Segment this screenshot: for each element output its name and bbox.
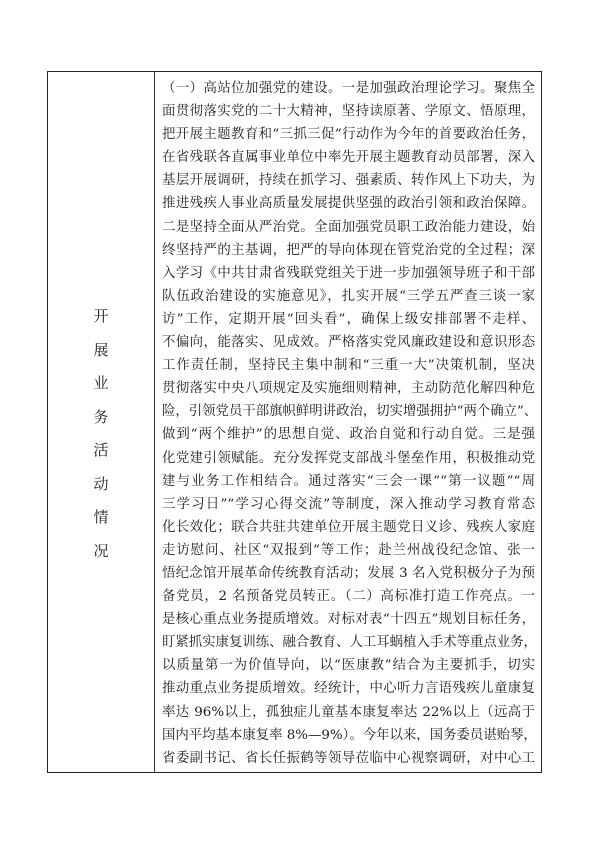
content-line: 走访慰问、社区“双报到”等工作；赴兰州战役纪念馆、张一 xyxy=(162,539,535,562)
content-line: 终坚持严的主基调，把严的导向体现在管党治党的全过程；深 xyxy=(162,239,535,262)
content-line: 二是坚持全面从严治党。全面加强党员职工政治能力建设，始 xyxy=(162,216,535,239)
content-line: 建与业务工作相结合。通过落实“三会一课”“第一议题”“周 xyxy=(162,470,535,493)
content-line: 队伍政治建设的实施意见》，扎实开展“三学五严查三谈一家 xyxy=(162,285,535,308)
content-line: 贯彻落实中央八项规定及实施细则精神，主动防范化解四种危 xyxy=(162,377,535,400)
content-line: 以质量第一为价值导向，以“医康教”结合为主要抓手，切实 xyxy=(162,654,535,677)
content-line: 做到“两个维护”的思想自觉、政治自觉和行动自觉。三是强 xyxy=(162,423,535,446)
content-line: 悟纪念馆开展革命传统教育活动；发展 3 名入党积极分子为预 xyxy=(162,562,535,585)
content-line: 工作责任制，坚持民主集中制和“三重一大”决策机制，坚决 xyxy=(162,354,535,377)
activity-table: 开 展 业 务 活 动 情 况 （一）高站位加强党的建设。一是加强政治理论学习。… xyxy=(47,71,542,773)
content-line: 化长效化；联合共驻共建单位开展主题党日义诊、残疾人家庭 xyxy=(162,516,535,539)
content-line: （一）高站位加强党的建设。一是加强政治理论学习。聚焦全 xyxy=(162,77,535,100)
content-line: 化党建引领赋能。充分发挥党支部战斗堡垒作用，积极推动党 xyxy=(162,447,535,470)
content-line: 在省残联各直属事业单位中率先开展主题教育动员部署，深入 xyxy=(162,146,535,169)
content-line: 省委副书记、省长任振鹤等领导莅临中心视察调研，对中心工 xyxy=(162,747,535,770)
content-line: 访”工作，定期开展“回头看”，确保上级安排部署不走样、 xyxy=(162,308,535,331)
label-char: 业 xyxy=(93,367,108,401)
content-line: 不偏向，能落实、见成效。严格落实党风廉政建设和意识形态 xyxy=(162,331,535,354)
content-line: 三学习日”“学习心得交流”等制度，深入推动学习教育常态 xyxy=(162,493,535,516)
content-line: 险，引领党员干部旗帜鲜明讲政治，切实增强拥护“两个确立”、 xyxy=(162,400,535,423)
content-cell: （一）高站位加强党的建设。一是加强政治理论学习。聚焦全 面贯彻落实党的二十大精神… xyxy=(155,72,541,772)
content-line: 备党员，2 名预备党员转正。（二）高标准打造工作亮点。一 xyxy=(162,585,535,608)
label-char: 情 xyxy=(93,501,108,535)
label-char: 活 xyxy=(93,434,108,468)
content-line: 国内平均基本康复率 8%—9%）。今年以来，国务委员谌贻琴， xyxy=(162,724,535,747)
content-line: 率达 96%以上，孤独症儿童基本康复率达 22%以上（远高于 xyxy=(162,701,535,724)
content-line: 推动重点业务提质增效。经统计，中心听力言语残疾儿童康复 xyxy=(162,677,535,700)
content-line: 基层开展调研，持续在抓学习、强素质、转作风上下功夫，为 xyxy=(162,169,535,192)
content-line: 入学习《中共甘肃省残联党组关于进一步加强领导班子和干部 xyxy=(162,262,535,285)
content-line: 面贯彻落实党的二十大精神，坚持读原著、学原文、悟原理， xyxy=(162,100,535,123)
content-line: 推进残疾人事业高质量发展提供坚强的政治引领和政治保障。 xyxy=(162,192,535,215)
content-line: 是核心重点业务提质增效。对标对表“十四五”规划目标任务， xyxy=(162,608,535,631)
label-char: 况 xyxy=(93,535,108,569)
label-char: 开 xyxy=(93,300,108,334)
label-char: 务 xyxy=(93,401,108,435)
label-char: 动 xyxy=(93,468,108,502)
content-line: 作成效给予充分肯定并寄予厚望。要求一定要创一流业绩，更 xyxy=(162,770,535,772)
label-cell: 开 展 业 务 活 动 情 况 xyxy=(48,72,155,772)
label-char: 展 xyxy=(93,334,108,368)
content-line: 盯紧抓实康复训练、融合教育、人工耳蜗植入手术等重点业务， xyxy=(162,631,535,654)
content-line: 把开展主题教育和“三抓三促”行动作为今年的首要政治任务， xyxy=(162,123,535,146)
row-label-activities: 开 展 业 务 活 动 情 况 xyxy=(48,300,154,568)
